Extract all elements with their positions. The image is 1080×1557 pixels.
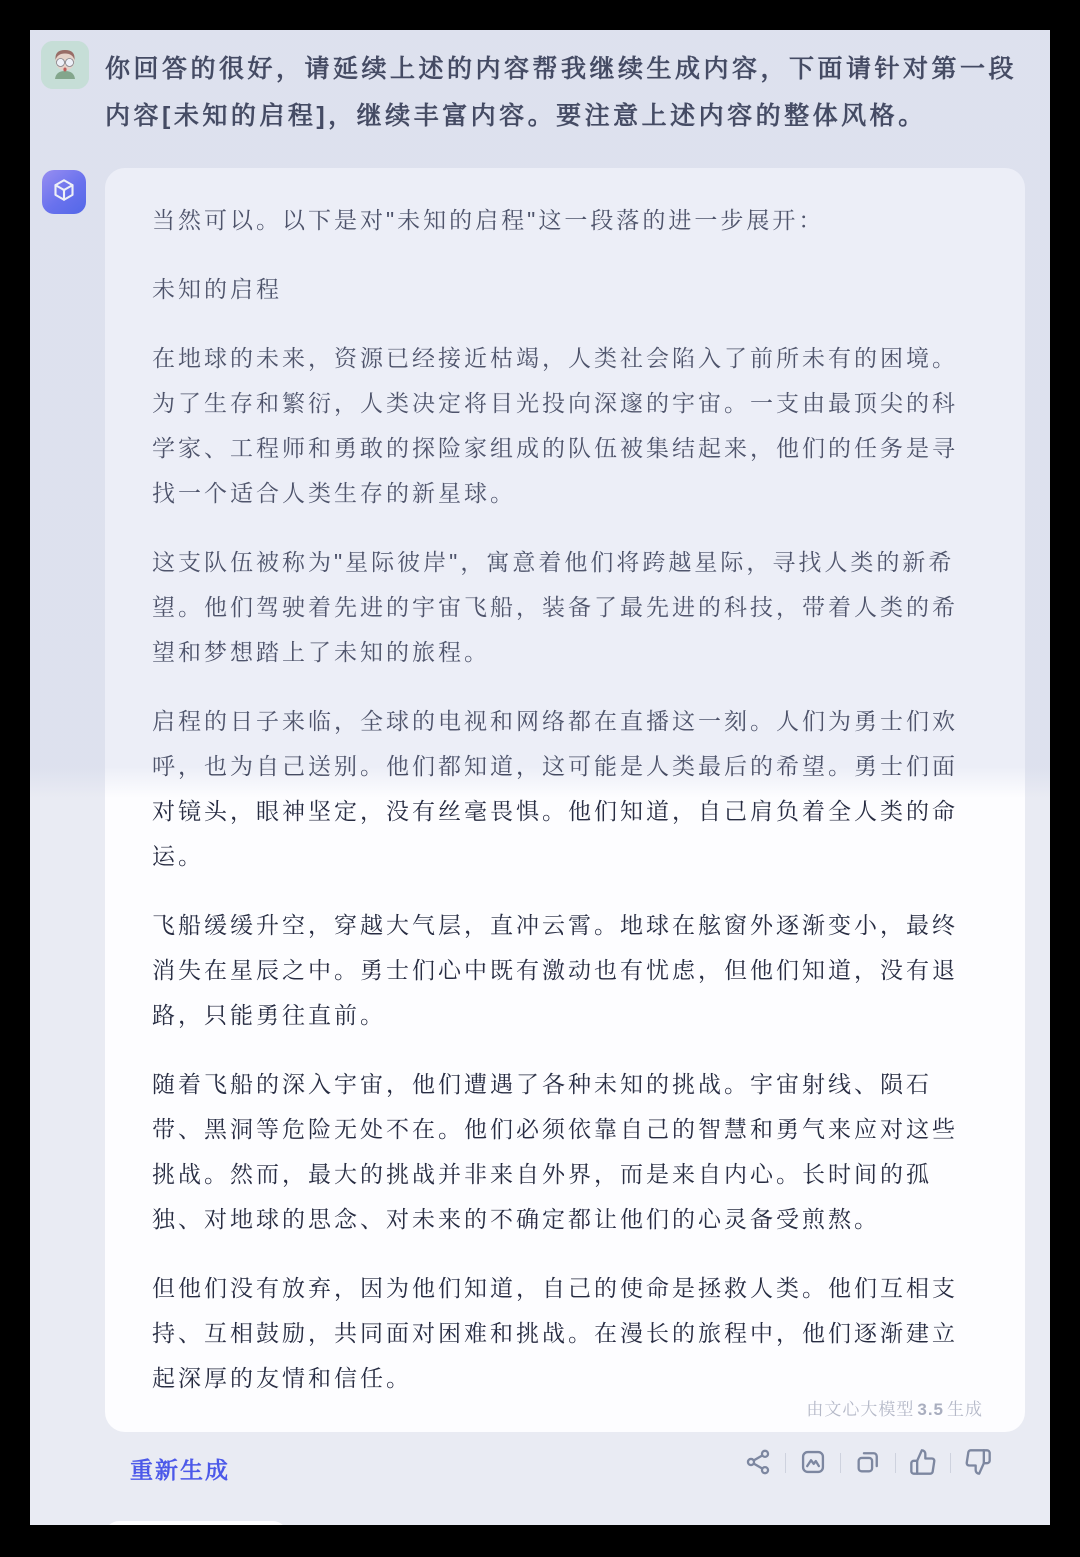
story-paragraph: 随着飞船的深入宇宙，他们遭遇了各种未知的挑战。宇宙射线、陨石带、黑洞等危险无处不… [152, 1062, 965, 1242]
section-title: 未知的启程 [152, 267, 965, 312]
model-watermark: 由文心大模型3.5生成 [806, 1395, 983, 1420]
divider [785, 1453, 786, 1473]
divider [950, 1453, 951, 1473]
chat-viewport: 你回答的很好，请延续上述的内容帮我继续生成内容，下面请针对第一段内容[未知的启程… [30, 30, 1050, 1525]
story-paragraph: 在地球的未来，资源已经接近枯竭，人类社会陷入了前所未有的困境。为了生存和繁衍，人… [152, 336, 965, 516]
assistant-intro: 当然可以。以下是对"未知的启程"这一段落的进一步展开： [152, 198, 965, 243]
user-message-text: 你回答的很好，请延续上述的内容帮我继续生成内容，下面请针对第一段内容[未知的启程… [105, 46, 1017, 140]
export-image-button[interactable] [798, 1448, 828, 1478]
action-icons-group [731, 1448, 1005, 1478]
copy-icon [854, 1448, 882, 1479]
thumbs-down-icon [964, 1448, 992, 1479]
thumbs-up-icon [909, 1448, 937, 1479]
assistant-avatar [42, 170, 86, 214]
thumbs-up-button[interactable] [908, 1448, 938, 1478]
share-icon [744, 1448, 772, 1479]
story-paragraph: 启程的日子来临，全球的电视和网络都在直播这一刻。人们为勇士们欢呼，也为自己送别。… [152, 699, 965, 879]
divider [840, 1453, 841, 1473]
export-image-icon [799, 1448, 827, 1479]
story-paragraph: 这支队伍被称为"星际彼岸"，寓意着他们将跨越星际，寻找人类的新希望。他们驾驶着先… [152, 540, 965, 675]
ernie-cube-logo-icon [49, 175, 79, 210]
thumbs-down-button[interactable] [963, 1448, 993, 1478]
share-button[interactable] [743, 1448, 773, 1478]
assistant-message-card: 当然可以。以下是对"未知的启程"这一段落的进一步展开： 未知的启程 在地球的未来… [105, 168, 1025, 1432]
watermark-version: 3.5 [914, 1400, 947, 1419]
message-actions-row: 重新生成 [30, 1446, 1050, 1496]
regenerate-button[interactable]: 重新生成 [130, 1452, 230, 1485]
watermark-prefix: 由文心大模型 [806, 1400, 914, 1419]
watermark-suffix: 生成 [947, 1400, 983, 1419]
divider [895, 1453, 896, 1473]
next-message-bubble-partial [105, 1521, 287, 1525]
copy-button[interactable] [853, 1448, 883, 1478]
user-avatar [41, 41, 89, 89]
user-cartoon-icon [41, 76, 89, 89]
story-paragraph: 飞船缓缓升空，穿越大气层，直冲云霄。地球在舷窗外逐渐变小，最终消失在星辰之中。勇… [152, 903, 965, 1038]
story-paragraph: 但他们没有放弃，因为他们知道，自己的使命是拯救人类。他们互相支持、互相鼓励，共同… [152, 1266, 965, 1401]
